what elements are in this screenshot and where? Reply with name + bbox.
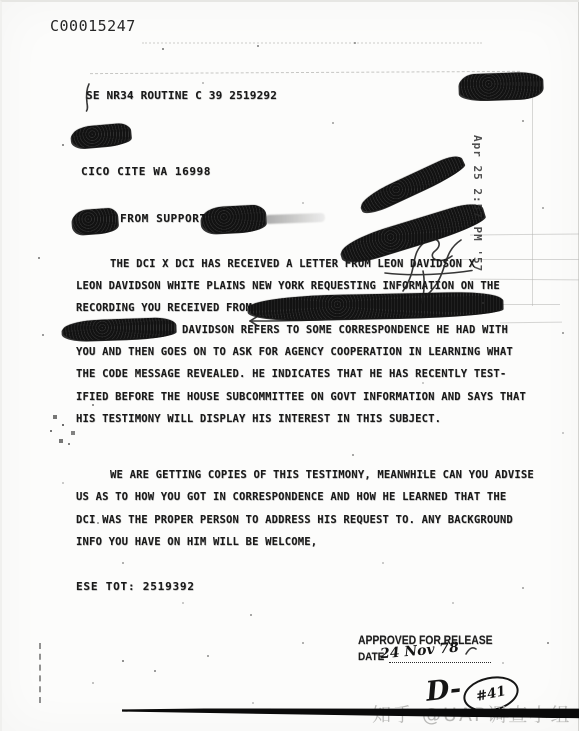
para1-line8: HIS TESTIMONY WILL DISPLAY HIS INTEREST … bbox=[76, 413, 441, 425]
redaction-bar-line3 bbox=[249, 291, 502, 320]
para2-line1: WE ARE GETTING COPIES OF THIS TESTIMONY,… bbox=[110, 469, 534, 481]
received-time-stamp: Apr 25 2:57 PM '57 bbox=[471, 135, 484, 272]
para2-line2: US AS TO HOW YOU GOT IN CORRESPONDENCE A… bbox=[76, 491, 506, 503]
para1-line7: IFIED BEFORE THE HOUSE SUBCOMMITTEE ON G… bbox=[76, 391, 526, 403]
redaction-blob-from-right bbox=[201, 204, 265, 233]
paper-crease bbox=[532, 96, 533, 306]
handwritten-pen-marks bbox=[2, 2, 579, 731]
left-dashed-mark bbox=[39, 643, 41, 703]
scan-dot-row bbox=[142, 42, 482, 44]
para1-line2: LEON DAVIDSON WHITE PLAINS NEW YORK REQU… bbox=[76, 280, 500, 292]
scan-line-5 bbox=[500, 322, 562, 324]
para1-line3: RECORDING YOU RECEIVED FROM bbox=[76, 302, 252, 314]
from-line: FROM SUPPORT bbox=[120, 212, 207, 225]
scan-line-1 bbox=[470, 234, 579, 236]
scanned-document-page: C00015247 SE NR34 ROUTINE C 39 2519292 C… bbox=[0, 0, 579, 731]
redaction-blob-header bbox=[71, 123, 131, 149]
para1-line5: YOU AND THEN GOES ON TO ASK FOR AGENCY C… bbox=[76, 346, 513, 358]
para1-line1: THE DCI X DCI HAS RECEIVED A LETTER FROM… bbox=[110, 258, 475, 270]
tot-line: ESE TOT: 2519392 bbox=[76, 580, 195, 593]
scan-line-4 bbox=[502, 304, 560, 305]
approved-for-release-stamp: APPROVED FOR RELEASE DATE 24 Nov 78 bbox=[358, 635, 508, 663]
scan-dash-line bbox=[90, 71, 520, 74]
para2-line3: DCI WAS THE PROPER PERSON TO ADDRESS HIS… bbox=[76, 514, 513, 526]
left-arrow-head-top bbox=[250, 316, 259, 322]
redaction-bar-diagonal-2 bbox=[338, 200, 486, 267]
document-id: C00015247 bbox=[50, 17, 136, 35]
cite-line: CICO CITE WA 16998 bbox=[81, 165, 211, 178]
speckle-noise-light bbox=[2, 2, 4, 4]
redaction-bar-line4 bbox=[63, 317, 176, 341]
routing-line: SE NR34 ROUTINE C 39 2519292 bbox=[86, 89, 277, 102]
redaction-blob-from-left bbox=[72, 207, 118, 234]
underline-leon-davidson bbox=[385, 271, 472, 275]
redaction-bar-diagonal-1 bbox=[358, 152, 466, 216]
redaction-bar-top-right bbox=[460, 72, 543, 101]
para2-line4: INFO YOU HAVE ON HIM WILL BE WELCOME, bbox=[76, 536, 317, 548]
para1-line6: THE CODE MESSAGE REVEALED. HE INDICATES … bbox=[76, 368, 506, 380]
ink-smear bbox=[265, 213, 325, 224]
para1-line4: DAVIDSON REFERS TO SOME CORRESPONDENCE H… bbox=[182, 324, 508, 336]
